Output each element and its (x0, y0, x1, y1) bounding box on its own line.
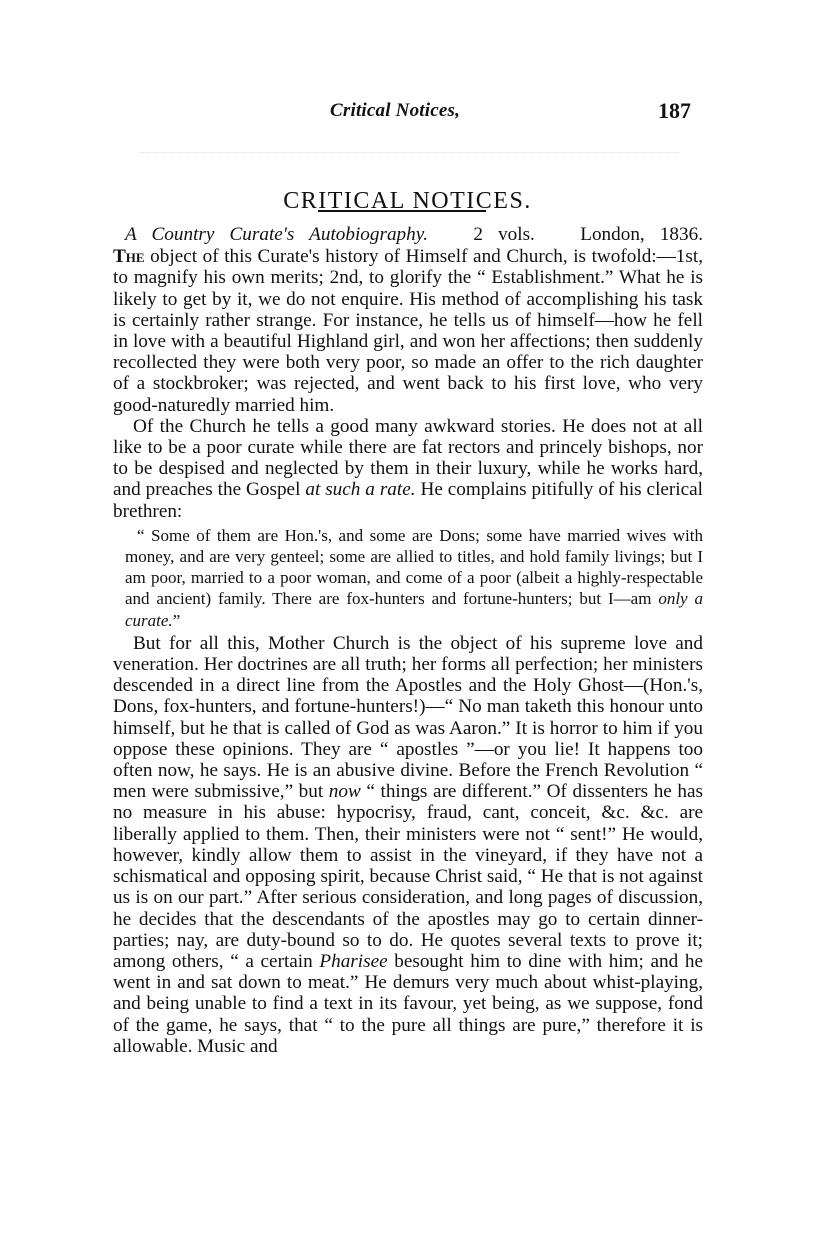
page-number: 187 (658, 98, 691, 124)
running-title: Critical Notices, (330, 100, 460, 122)
book-heading: A Country Curate's Autobiography. 2 vols… (113, 224, 703, 245)
block-quote: “ Some of them are Hon.'s, and some are … (113, 525, 703, 631)
book-title: A Country Curate's Autobiography. (125, 224, 428, 245)
paragraph-3-part-b: “ things are different.” Of dissenters h… (113, 781, 703, 972)
article-body: A Country Curate's Autobiography. 2 vols… (113, 224, 703, 1057)
paragraph-3-italic-now: now (329, 781, 361, 802)
paragraph-1-text: object of this Curate's history of Himse… (113, 246, 703, 415)
paragraph-3: But for all this, Mother Church is the o… (113, 633, 703, 1057)
running-head: Critical Notices, 187 (0, 100, 815, 130)
paragraph-3-italic-pharisee: Pharisee (319, 951, 387, 972)
paragraph-2-italic: at such a rate. (305, 479, 415, 500)
quote-close: ” (173, 611, 181, 630)
title-underline (318, 210, 486, 212)
book-volumes: 2 vols. (473, 224, 535, 245)
book-imprint: London, 1836. (580, 224, 703, 245)
paragraph-3-part-a: But for all this, Mother Church is the o… (113, 633, 703, 802)
header-divider (140, 152, 680, 153)
quote-text: “ Some of them are Hon.'s, and some are … (125, 526, 703, 609)
paragraph-2: Of the Church he tells a good many awkwa… (113, 416, 703, 522)
paragraph-1-lead: The (113, 246, 145, 267)
paragraph-1: The object of this Curate's history of H… (113, 246, 703, 416)
